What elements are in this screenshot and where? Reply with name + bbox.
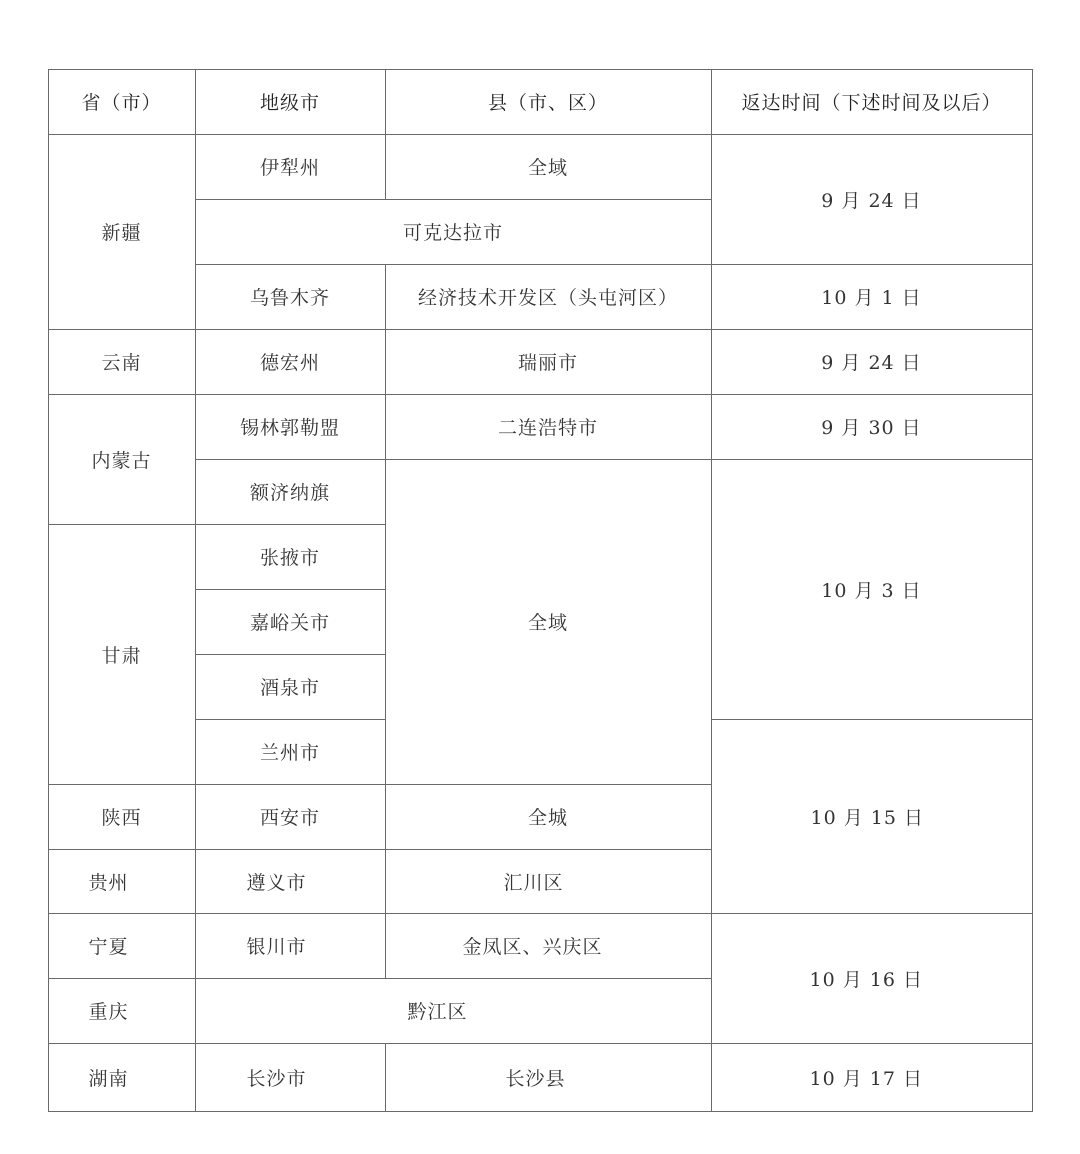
cell-prefecture-xian: 西安市 bbox=[195, 784, 386, 850]
cell-prefecture-urumqi: 乌鲁木齐 bbox=[195, 264, 386, 330]
cell-province-neimenggu: 内蒙古 bbox=[48, 394, 196, 525]
cell-province-hunan: 湖南 bbox=[48, 1043, 196, 1112]
cell-county-changsha: 长沙县 bbox=[385, 1043, 712, 1112]
cell-prefecture-ejina: 额济纳旗 bbox=[195, 459, 386, 525]
cell-date-0924-xinjiang: 9 月 24 日 bbox=[711, 134, 1033, 265]
cell-prefecture-changsha: 长沙市 bbox=[195, 1043, 386, 1112]
cell-date-0924-yunnan: 9 月 24 日 bbox=[711, 329, 1033, 395]
cell-date-1001: 10 月 1 日 bbox=[711, 264, 1033, 330]
header-province: 省（市） bbox=[48, 69, 196, 135]
cell-province-shaanxi: 陕西 bbox=[48, 784, 196, 850]
cell-prefecture-zhangye: 张掖市 bbox=[195, 524, 386, 590]
cell-province-gansu: 甘肃 bbox=[48, 524, 196, 785]
cell-date-1015: 10 月 15 日 bbox=[711, 719, 1033, 914]
cell-province-yunnan: 云南 bbox=[48, 329, 196, 395]
cell-county-yinchuan-districts: 金凤区、兴庆区 bbox=[385, 913, 712, 979]
cell-county-yili-scope: 全域 bbox=[385, 134, 712, 200]
cell-date-1016: 10 月 16 日 bbox=[711, 913, 1033, 1044]
header-county: 县（市、区） bbox=[385, 69, 712, 135]
cell-prefecture-jiuquan: 酒泉市 bbox=[195, 654, 386, 720]
cell-province-ningxia: 宁夏 bbox=[48, 913, 196, 979]
header-return-time: 返达时间（下述时间及以后） bbox=[711, 69, 1033, 135]
cell-date-0930: 9 月 30 日 bbox=[711, 394, 1033, 460]
cell-prefecture-kekedala: 可克达拉市 bbox=[195, 199, 712, 265]
cell-prefecture-xilinguole: 锡林郭勒盟 bbox=[195, 394, 386, 460]
cell-date-1003: 10 月 3 日 bbox=[711, 459, 1033, 720]
cell-prefecture-zunyi: 遵义市 bbox=[195, 849, 386, 914]
cell-prefecture-lanzhou: 兰州市 bbox=[195, 719, 386, 785]
cell-prefecture-yinchuan: 银川市 bbox=[195, 913, 386, 979]
cell-province-guizhou: 贵州 bbox=[48, 849, 196, 914]
return-schedule-table: 省（市） 地级市 县（市、区） 返达时间（下述时间及以后） 新疆 伊犁州 全域 … bbox=[0, 0, 1080, 1154]
cell-prefecture-jiayuguan: 嘉峪关市 bbox=[195, 589, 386, 655]
cell-province-chongqing: 重庆 bbox=[48, 978, 196, 1044]
cell-county-xian-scope: 全城 bbox=[385, 784, 712, 850]
cell-county-urumqi-district: 经济技术开发区（头屯河区） bbox=[385, 264, 712, 330]
header-prefecture: 地级市 bbox=[195, 69, 386, 135]
cell-county-huichuan: 汇川区 bbox=[385, 849, 712, 914]
cell-prefecture-yili: 伊犁州 bbox=[195, 134, 386, 200]
cell-county-erlianhaote: 二连浩特市 bbox=[385, 394, 712, 460]
cell-date-1017: 10 月 17 日 bbox=[711, 1043, 1033, 1112]
cell-province-xinjiang: 新疆 bbox=[48, 134, 196, 330]
cell-prefecture-dehong: 德宏州 bbox=[195, 329, 386, 395]
cell-county-ruili: 瑞丽市 bbox=[385, 329, 712, 395]
cell-county-full-scope-merged: 全域 bbox=[385, 459, 712, 785]
cell-prefecture-qianjiang: 黔江区 bbox=[195, 978, 712, 1044]
